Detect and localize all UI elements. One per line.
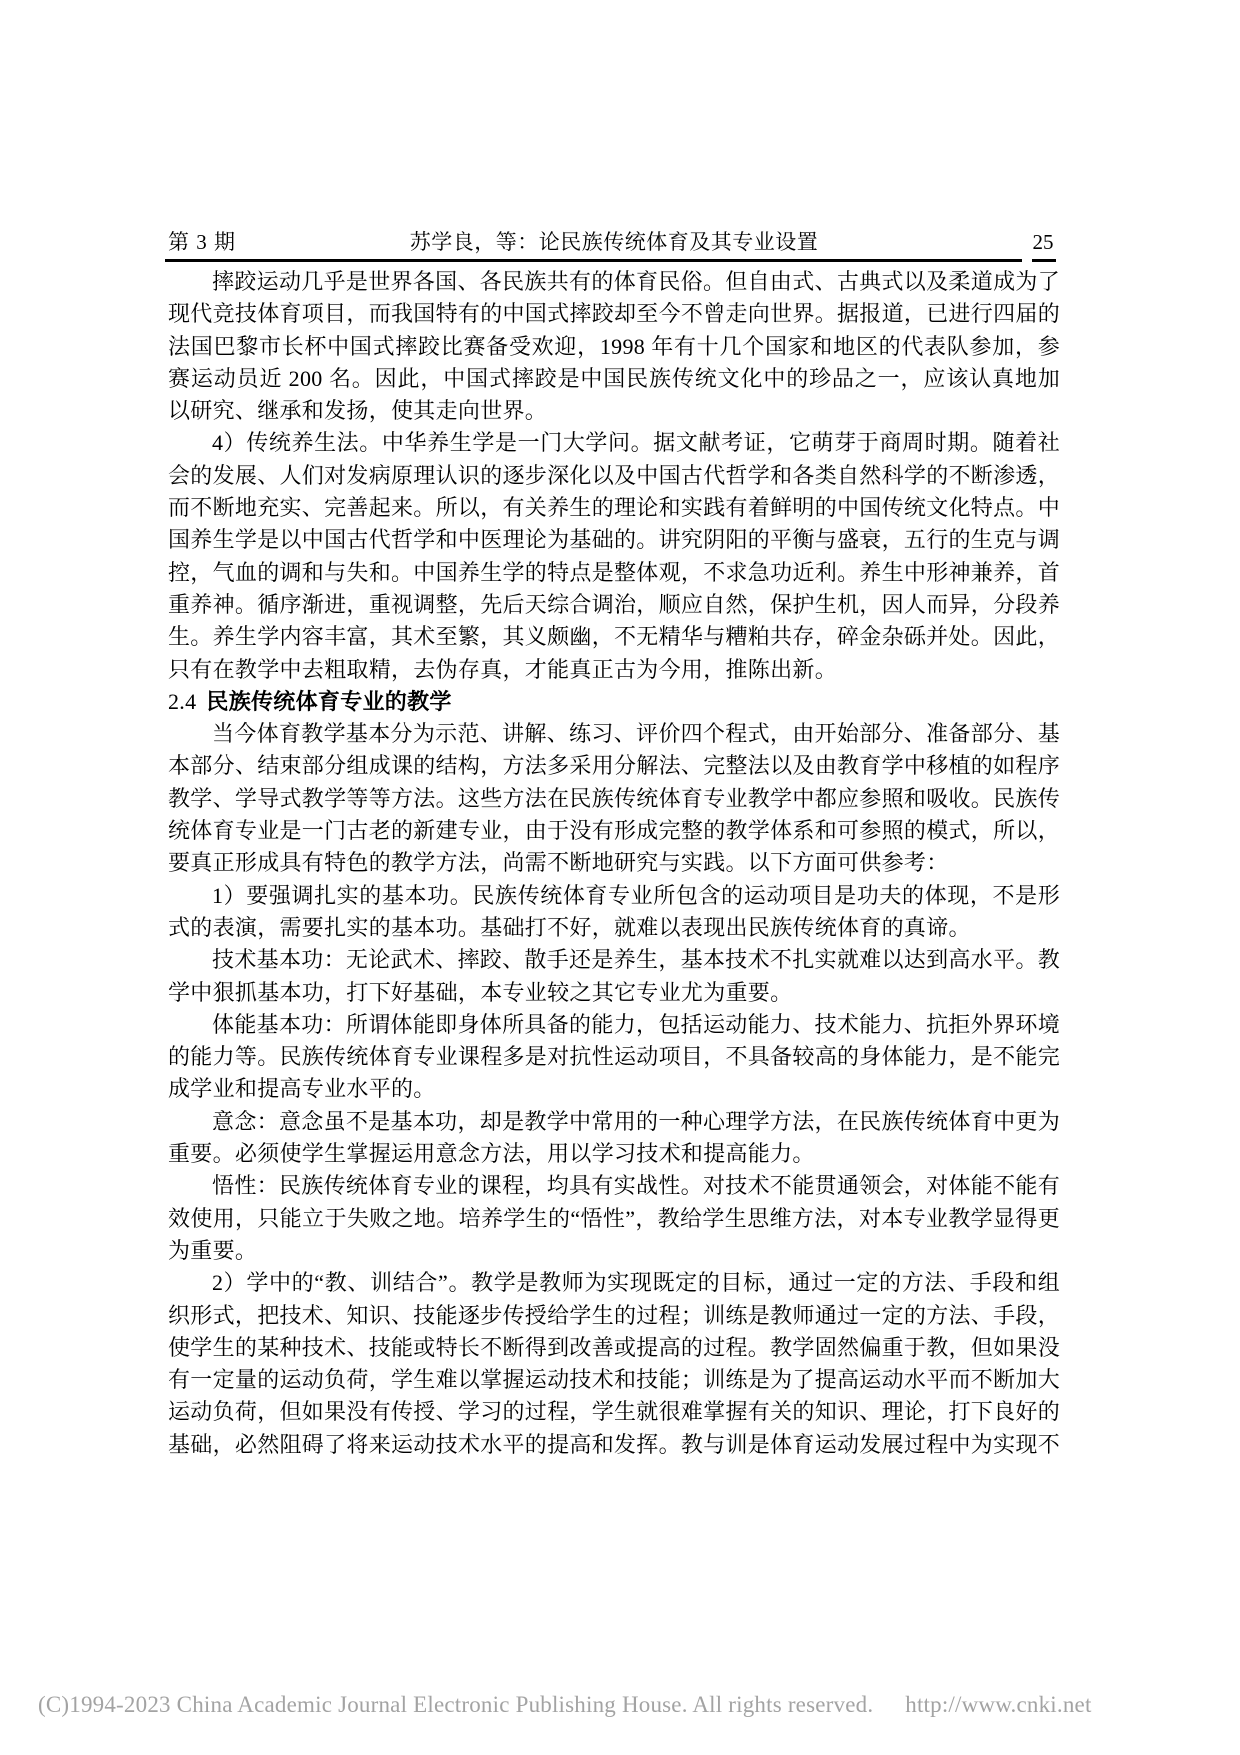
section-number: 2.4 xyxy=(168,689,196,714)
paragraph: 悟性：民族传统体育专业的课程，均具有实战性。对技术不能贯通领会，对体能不能有效使… xyxy=(168,1170,1060,1267)
paragraph: 技术基本功：无论武术、摔跤、散手还是养生，基本技术不扎实就难以达到高水平。教学中… xyxy=(168,944,1060,1009)
header-rule-pagenum-segment xyxy=(1032,259,1056,262)
paragraph: 体能基本功：所谓体能即身体所具备的能力，包括运动能力、技术能力、抗拒外界环境的能… xyxy=(168,1009,1060,1106)
page-number: 25 xyxy=(1028,229,1058,255)
section-heading: 2.4民族传统体育专业的教学 xyxy=(168,686,1060,718)
header-rule xyxy=(165,259,1022,262)
copyright-text: (C)1994-2023 China Academic Journal Elec… xyxy=(38,1692,873,1717)
cnki-url: http://www.cnki.net xyxy=(905,1692,1091,1717)
paragraph: 4）传统养生法。中华养生学是一门大学问。据文献考证，它萌芽于商周时期。随着社会的… xyxy=(168,427,1060,685)
paragraph: 意念：意念虽不是基本功，却是教学中常用的一种心理学方法，在民族传统体育中更为重要… xyxy=(168,1106,1060,1171)
document-body: 摔跤运动几乎是世界各国、各民族共有的体育民俗。但自由式、古典式以及柔道成为了现代… xyxy=(168,266,1060,1461)
page-footer: (C)1994-2023 China Academic Journal Elec… xyxy=(38,1691,1198,1719)
paragraph: 摔跤运动几乎是世界各国、各民族共有的体育民俗。但自由式、古典式以及柔道成为了现代… xyxy=(168,266,1060,427)
running-header: 第 3 期 苏学良，等：论民族传统体育及其专业设置 xyxy=(168,229,1060,255)
section-title: 民族传统体育专业的教学 xyxy=(206,689,451,714)
paragraph: 1）要强调扎实的基本功。民族传统体育专业所包含的运动项目是功夫的体现，不是形式的… xyxy=(168,880,1060,945)
running-title: 苏学良，等：论民族传统体育及其专业设置 xyxy=(168,229,1060,255)
journal-page: 第 3 期 苏学良，等：论民族传统体育及其专业设置 25 摔跤运动几乎是世界各国… xyxy=(0,0,1240,1755)
paragraph: 当今体育教学基本分为示范、讲解、练习、评价四个程式，由开始部分、准备部分、基本部… xyxy=(168,718,1060,879)
paragraph: 2）学中的“教、训结合”。教学是教师为实现既定的目标，通过一定的方法、手段和组织… xyxy=(168,1267,1060,1461)
